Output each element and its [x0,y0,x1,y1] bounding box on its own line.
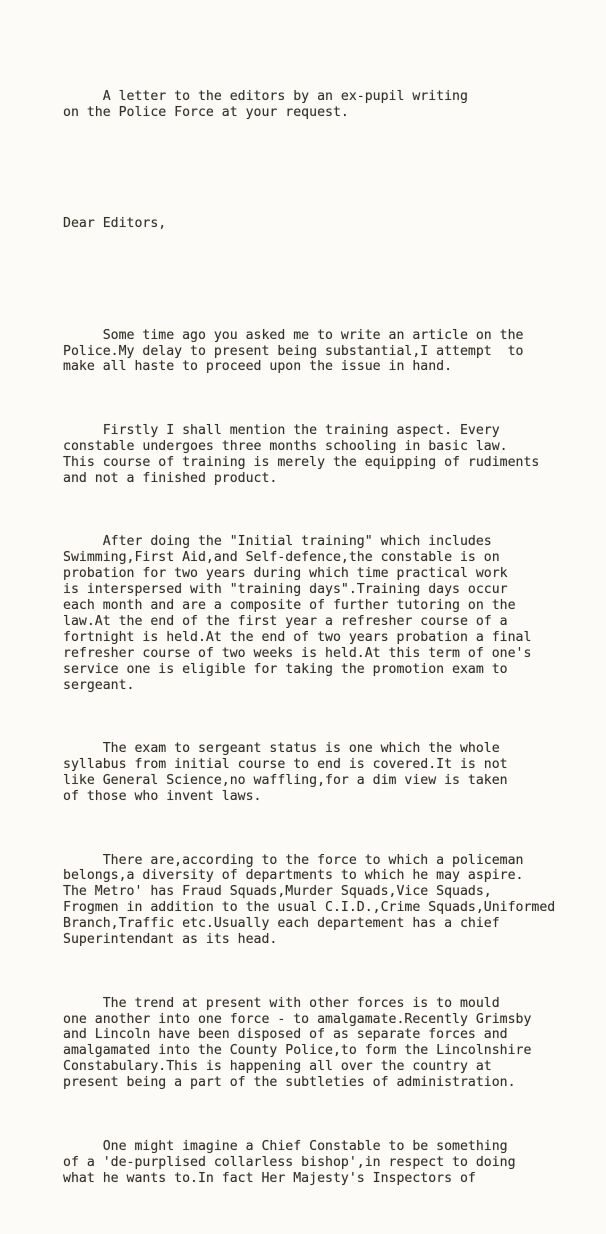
letter-body: Some time ago you asked me to write an a… [63,264,586,750]
paragraph: Firstly I shall mention the training asp… [63,423,586,487]
paragraph: Some time ago you asked me to write an a… [63,328,586,376]
salutation: Dear Editors, [63,216,586,232]
paragraph: After doing the "Initial training" which… [63,534,586,693]
letter-page: A letter to the editors by an ex-pupil w… [0,0,606,750]
heading-body-gap [63,152,586,184]
paragraph: The exam to sergeant status is one which… [63,741,586,750]
letter-heading: A letter to the editors by an ex-pupil w… [63,89,586,121]
